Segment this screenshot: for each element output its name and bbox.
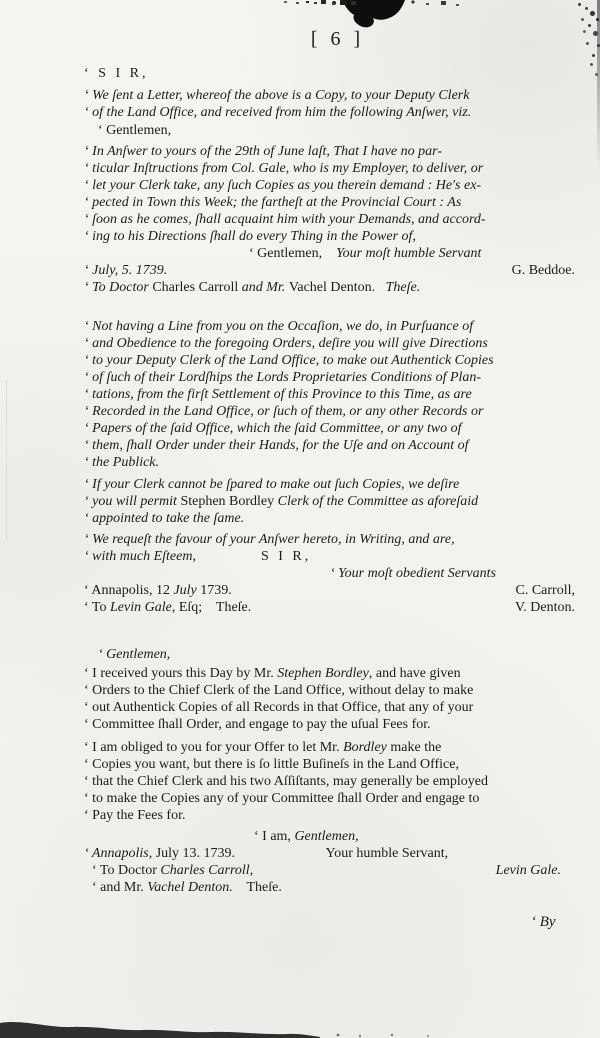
text-line: ‘ you will permit Stephen Bordley Clerk … (84, 493, 575, 510)
text-run: Stephen Bordley (277, 666, 369, 681)
text-run: and Mr. (242, 280, 289, 295)
text-line: ‘ with much Eſteem, S I R, (84, 548, 575, 565)
text-run: Vachel Denton. (289, 280, 386, 295)
text-run-group: ‘ We requeſt the favour of your Anſwer h… (84, 532, 455, 547)
text-run: ‘ the Publick. (84, 455, 159, 470)
text-run: ‘ Copies you want, but there is ſo littl… (84, 757, 459, 772)
text-run: ‘ appointed to take the ſame. (84, 511, 244, 526)
text-run-group: ‘ In Anſwer to yours of the 29th of June… (84, 144, 442, 159)
text-line: ‘ I received yours this Day by Mr. Steph… (84, 665, 575, 682)
text-run-group: ‘ Papers of the ſaid Office, which the ſ… (84, 421, 462, 436)
text-run-group: ‘ them, ſhall Order under their Hands, f… (84, 438, 469, 453)
text-line: ‘ Orders to the Chief Clerk of the Land … (84, 682, 575, 699)
text-line: ‘ To Levin Gale, Eſq; Theſe.V. Denton. (84, 599, 575, 616)
text-run-group: ‘ S I R, (84, 66, 148, 81)
text-run-group: ‘ July, 5. 1739. (84, 262, 167, 279)
text-line: ‘ to your Deputy Clerk of the Land Offic… (84, 352, 575, 369)
text-run: ‘ To (84, 600, 110, 615)
catchword: ‘ By (531, 914, 556, 931)
text-run-group: ‘ pected in Town this Week; the fartheſt… (84, 195, 461, 210)
text-line: ‘ Your moſt obedient Servants (84, 565, 575, 582)
text-run: ‘ to your Deputy Clerk of the Land Offic… (84, 353, 494, 368)
text-run-group: ‘ I received yours this Day by Mr. Steph… (84, 666, 461, 681)
text-run: Gentlemen, (294, 829, 358, 844)
signature-text: Levin Gale. (496, 862, 561, 879)
text-run: ‘ If your Clerk cannot be ſpared to make… (84, 477, 459, 492)
text-run: ‘ with much Eſteem, (84, 549, 196, 564)
text-run: July (173, 583, 196, 598)
text-line: ‘ Not having a Line from you on the Occa… (84, 318, 575, 335)
text-run-group: ‘ tations, from the firſt Settlement of … (84, 387, 472, 402)
text-run-group: ‘ let your Clerk take, any ſuch Copies a… (84, 178, 481, 193)
text-line: ‘ If your Clerk cannot be ſpared to make… (84, 476, 575, 493)
text-line: ‘ We ſent a Letter, whereof the above is… (84, 87, 575, 104)
text-run: ‘ S I R, (84, 66, 148, 81)
text-run-group: ‘ ſoon as he comes, ſhall acquaint him w… (84, 212, 486, 227)
text-run: ‘ I received yours this Day by Mr. (84, 666, 277, 681)
text-line: ‘ Annapolis, 12 July 1739.C. Carroll, (84, 582, 575, 599)
signature-text: V. Denton. (515, 599, 575, 616)
text-run: Charles Carroll, (160, 863, 253, 878)
text-run: ‘ and Obedience to the foregoing Orders,… (84, 336, 488, 351)
text-run-group: ‘ with much Eſteem, S I R, (84, 549, 311, 564)
scan-smudge-bottom (0, 1018, 460, 1038)
text-line: ‘ and Mr. Vachel Denton. Theſe. (84, 879, 575, 896)
text-run: ‘ Gentlemen, (98, 123, 171, 138)
text-run: ‘ pected in Town this Week; the fartheſt… (84, 195, 461, 210)
text-run: ‘ and Mr. (92, 880, 147, 895)
text-run: ‘ I am, (254, 829, 294, 844)
text-run: ‘ to make the Copies any of your Committ… (84, 791, 479, 806)
text-run: Clerk of the Committee as aforeſaid (278, 494, 479, 509)
text-run: ‘ To Doctor (84, 280, 152, 295)
text-run: ‘ Pay the Fees for. (84, 808, 185, 823)
text-run-group: ‘ Annapolis, 12 July 1739. (84, 582, 232, 599)
text-run-group: ‘ Copies you want, but there is ſo littl… (84, 757, 459, 772)
text-run: ‘ We ſent a Letter, whereof the above is… (84, 88, 469, 103)
text-run-group: ‘ the Publick. (84, 455, 159, 470)
scan-mark-left-edge (6, 380, 7, 540)
text-line: ‘ Gentlemen, Your moſt humble Servant (84, 245, 575, 262)
text-run: ‘ I am obliged to you for your Offer to … (84, 740, 343, 755)
text-line: ‘ S I R, (84, 65, 575, 82)
text-run: ‘ Annapolis, 12 (84, 583, 173, 598)
text-run: ‘ of ſuch of their Lordſhips the Lords P… (84, 370, 481, 385)
text-line: ‘ ing to his Directions ſhall do every T… (84, 228, 575, 245)
text-run-group: ‘ to make the Copies any of your Committ… (84, 791, 479, 806)
text-line: ‘ the Publick. (84, 454, 575, 471)
text-run-group: ‘ and Mr. Vachel Denton. Theſe. (92, 880, 282, 895)
text-run: Charles Carroll (152, 280, 241, 295)
text-run: ‘ ticular Inſtructions from Col. Gale, w… (84, 161, 483, 176)
text-run-group: ‘ Your moſt obedient Servants (330, 566, 496, 581)
text-run: Your moſt humble Servant (336, 246, 481, 261)
text-line: ‘ to make the Copies any of your Committ… (84, 790, 575, 807)
text-line: ‘ let your Clerk take, any ſuch Copies a… (84, 177, 575, 194)
text-run-group: ‘ Annapolis, July 13. 1739. Your humble … (84, 846, 448, 861)
text-run: make the (387, 740, 441, 755)
text-run: Theſe. (386, 280, 421, 295)
text-run: ‘ let your Clerk take, any ſuch Copies a… (84, 178, 481, 193)
text-line: ‘ Gentlemen, (84, 646, 575, 663)
text-run: ‘ July, 5. 1739. (84, 263, 167, 278)
text-line: ‘ Pay the Fees for. (84, 807, 575, 824)
text-run-group: ‘ We ſent a Letter, whereof the above is… (84, 88, 469, 103)
text-line: ‘ To Doctor Charles Carroll and Mr. Vach… (84, 279, 575, 296)
text-line: ‘ Recorded in the Land Office, or ſuch o… (84, 403, 575, 420)
text-line: ‘ To Doctor Charles Carroll,Levin Gale. (84, 862, 575, 879)
text-run-group: ‘ appointed to take the ſame. (84, 511, 244, 526)
text-line: ‘ Papers of the ſaid Office, which the ſ… (84, 420, 575, 437)
text-line: ‘ We requeſt the favour of your Anſwer h… (84, 531, 575, 548)
text-run-group: ‘ Gentlemen, (98, 647, 170, 662)
text-run: ‘ In Anſwer to yours of the 29th of June… (84, 144, 442, 159)
text-run: July 13. 1739. (152, 846, 235, 861)
text-run: Your humble Servant, (235, 846, 448, 861)
text-run-group: ‘ To Levin Gale, Eſq; Theſe. (84, 599, 251, 616)
text-run: ‘ To Doctor (92, 863, 160, 878)
text-run-group: ‘ of the Land Office, and received from … (84, 105, 471, 120)
text-line: ‘ July, 5. 1739.G. Beddoe. (84, 262, 575, 279)
text-run: ‘ Papers of the ſaid Office, which the ſ… (84, 421, 462, 436)
text-run: , Eſq; Theſe. (172, 600, 251, 615)
text-run-group: ‘ Orders to the Chief Clerk of the Land … (84, 683, 473, 698)
signature-text: C. Carroll, (516, 582, 576, 599)
text-run: ‘ Your moſt obedient Servants (330, 566, 496, 581)
text-run-group: ‘ ticular Inſtructions from Col. Gale, w… (84, 161, 483, 176)
text-run: ‘ of the Land Office, and received from … (84, 105, 471, 120)
text-run-group: ‘ to your Deputy Clerk of the Land Offic… (84, 353, 494, 368)
text-run: ‘ them, ſhall Order under their Hands, f… (84, 438, 469, 453)
text-line: ‘ ſoon as he comes, ſhall acquaint him w… (84, 211, 575, 228)
text-line: ‘ pected in Town this Week; the fartheſt… (84, 194, 575, 211)
text-run: ‘ Committee ſhall Order, and engage to p… (84, 717, 431, 732)
signature-text: G. Beddoe. (512, 262, 575, 279)
text-run-group: ‘ I am, Gentlemen, (254, 829, 359, 844)
text-run-group: ‘ Committee ſhall Order, and engage to p… (84, 717, 431, 732)
text-run: S I R, (196, 549, 311, 564)
text-run: ‘ ſoon as he comes, ſhall acquaint him w… (84, 212, 486, 227)
text-run: ‘ out Authentick Copies of all Records i… (84, 700, 473, 715)
text-run: Vachel Denton. (147, 880, 233, 895)
text-line: ‘ of ſuch of their Lordſhips the Lords P… (84, 369, 575, 386)
text-run: ‘ ing to his Directions ſhall do every T… (84, 229, 416, 244)
text-run: ‘ We requeſt the favour of your Anſwer h… (84, 532, 455, 547)
text-run-group: ‘ Pay the Fees for. (84, 808, 185, 823)
text-run-group: ‘ Recorded in the Land Office, or ſuch o… (84, 404, 483, 419)
page-number: [ 6 ] (36, 0, 600, 51)
text-run-group: ‘ that the Chief Clerk and his two Aſſiſ… (84, 774, 488, 789)
text-run: ‘ you will permit (84, 494, 180, 509)
text-line: ‘ of the Land Office, and received from … (84, 104, 575, 121)
text-run-group: ‘ of ſuch of their Lordſhips the Lords P… (84, 370, 481, 385)
text-line: ‘ In Anſwer to yours of the 29th of June… (84, 143, 575, 160)
text-line: ‘ out Authentick Copies of all Records i… (84, 699, 575, 716)
text-line: ‘ Annapolis, July 13. 1739. Your humble … (84, 845, 575, 862)
text-run: ‘ that the Chief Clerk and his two Aſſiſ… (84, 774, 488, 789)
text-run-group: ‘ Gentlemen, (98, 123, 171, 138)
text-run: ‘ Gentlemen, (98, 647, 170, 662)
text-run: Levin Gale (110, 600, 172, 615)
text-line: ‘ Gentlemen, (84, 122, 575, 139)
text-run-group: ‘ If your Clerk cannot be ſpared to make… (84, 477, 459, 492)
text-line: ‘ Committee ſhall Order, and engage to p… (84, 716, 575, 733)
text-run-group: ‘ Gentlemen, Your moſt humble Servant (249, 246, 481, 261)
text-run-group: ‘ To Doctor Charles Carroll, (92, 862, 253, 879)
document-page: [ 6 ] ‘ S I R,‘ We ſent a Letter, whereo… (0, 0, 600, 1038)
text-run: ‘ Orders to the Chief Clerk of the Land … (84, 683, 473, 698)
text-run: Stephen Bordley (180, 494, 277, 509)
text-run-group: ‘ and Obedience to the foregoing Orders,… (84, 336, 488, 351)
text-run-group: ‘ To Doctor Charles Carroll and Mr. Vach… (84, 280, 420, 295)
text-line: ‘ that the Chief Clerk and his two Aſſiſ… (84, 773, 575, 790)
text-run-group: ‘ you will permit Stephen Bordley Clerk … (84, 494, 478, 509)
text-run: ‘ Not having a Line from you on the Occa… (84, 319, 473, 334)
text-run-group: ‘ ing to his Directions ſhall do every T… (84, 229, 416, 244)
text-run: ‘ Recorded in the Land Office, or ſuch o… (84, 404, 483, 419)
text-run: 1739. (197, 583, 232, 598)
letter-text-container: ‘ S I R,‘ We ſent a Letter, whereof the … (0, 65, 600, 896)
text-line: ‘ appointed to take the ſame. (84, 510, 575, 527)
text-line: ‘ them, ſhall Order under their Hands, f… (84, 437, 575, 454)
text-line: ‘ and Obedience to the foregoing Orders,… (84, 335, 575, 352)
text-run: ‘ tations, from the firſt Settlement of … (84, 387, 472, 402)
text-run: ‘ Annapolis, (84, 846, 152, 861)
text-run: Theſe. (233, 880, 282, 895)
text-line: ‘ I am, Gentlemen, (84, 828, 575, 845)
text-run-group: ‘ I am obliged to you for your Offer to … (84, 740, 441, 755)
text-run-group: ‘ out Authentick Copies of all Records i… (84, 700, 473, 715)
text-line: ‘ Copies you want, but there is ſo littl… (84, 756, 575, 773)
text-run: Bordley (343, 740, 387, 755)
text-run: ‘ Gentlemen, (249, 246, 336, 261)
text-line: ‘ ticular Inſtructions from Col. Gale, w… (84, 160, 575, 177)
text-run: , and have given (369, 666, 461, 681)
text-line: ‘ I am obliged to you for your Offer to … (84, 739, 575, 756)
text-line: ‘ tations, from the firſt Settlement of … (84, 386, 575, 403)
text-run-group: ‘ Not having a Line from you on the Occa… (84, 319, 473, 334)
